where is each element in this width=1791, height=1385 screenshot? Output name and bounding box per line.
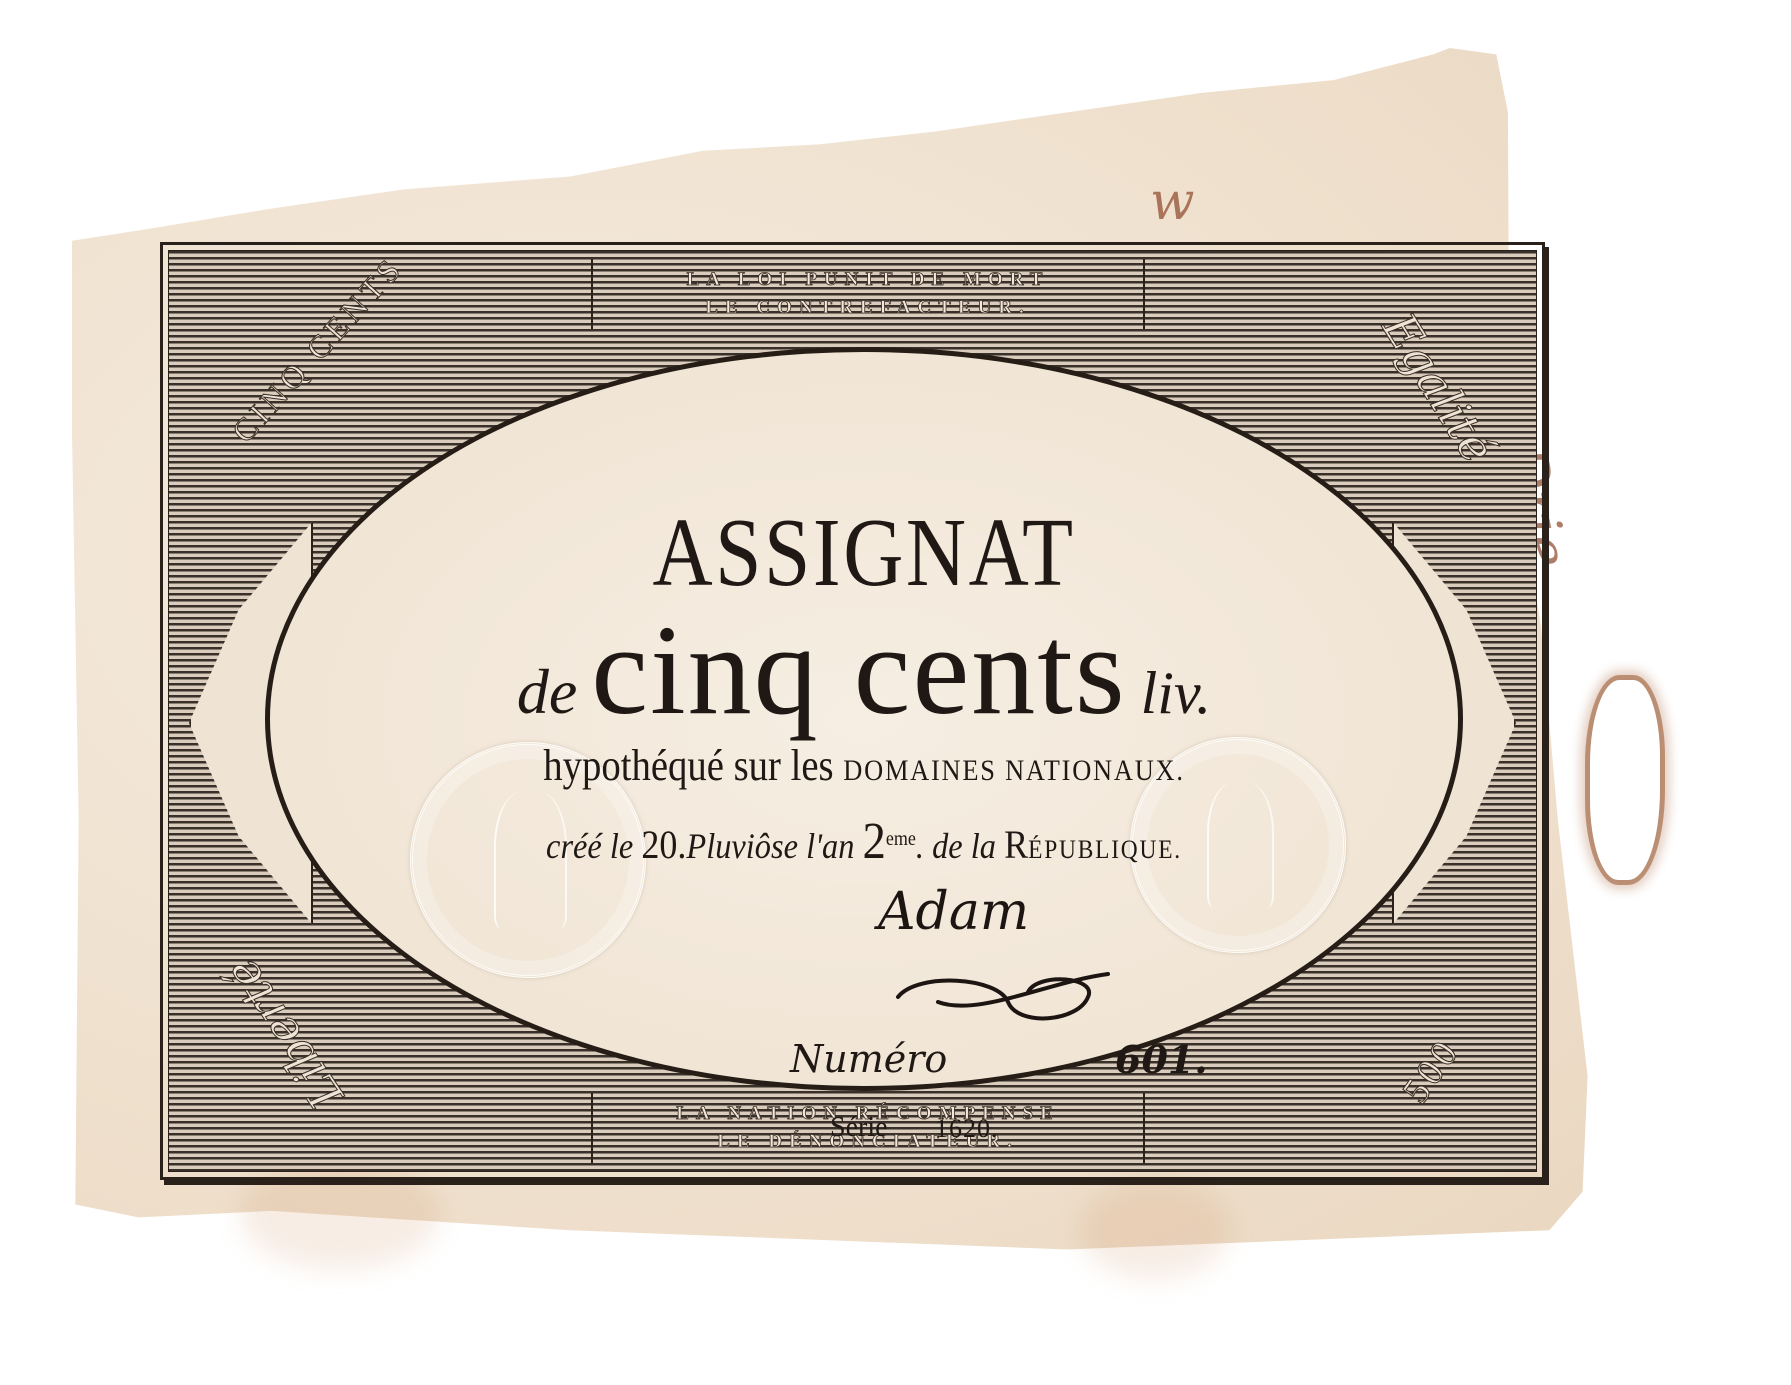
title: ASSIGNAT <box>359 497 1369 609</box>
burn-hole <box>1590 680 1660 880</box>
denomination-prefix: de <box>517 656 577 727</box>
serie-label: Série <box>830 1112 888 1144</box>
hypotheque-line: hypothéqué sur les DOMAINES NATIONAUX. <box>341 740 1386 791</box>
republique-initial: R <box>1004 822 1028 867</box>
corner-cinq-cents: CINQ CENTS <box>225 249 411 450</box>
central-oval: ASSIGNAT decinq centsliv. hypothéqué sur… <box>265 347 1463 1091</box>
denomination-amount: cinq cents <box>591 599 1126 741</box>
creation-day: 20. <box>641 822 686 867</box>
corner-500: 500 <box>1394 1030 1470 1112</box>
creation-month: Pluviôse <box>686 826 798 866</box>
banknote: LA LOI PUNIT DE MORT LE CONTREFACTEUR. L… <box>160 242 1545 1180</box>
ink-annotation-top: w <box>1150 172 1195 232</box>
creation-prefix: créé le <box>546 826 633 866</box>
stain <box>1080 1180 1230 1280</box>
republique-rest: ÉPUBLIQUE. <box>1028 835 1182 864</box>
corner-liberte: Liberté <box>214 949 354 1120</box>
creation-line: créé le 20.Pluviôse l'an 2eme. de la RÉP… <box>329 812 1398 871</box>
signature: Adam <box>878 882 1029 942</box>
creation-year-prefix: l'an <box>806 826 854 866</box>
corner-egalite: Egalité <box>1372 303 1506 472</box>
signature-flourish-icon <box>878 962 1118 1032</box>
hypotheque-text: hypothéqué sur les <box>543 741 833 790</box>
engraved-border: LA LOI PUNIT DE MORT LE CONTREFACTEUR. L… <box>168 250 1537 1172</box>
denomination: decinq centsliv. <box>270 597 1458 744</box>
creation-middle: . de la <box>916 826 996 866</box>
top-warning-line2: LE CONTREFACTEUR. <box>705 297 1031 319</box>
top-warning-line1: LA LOI PUNIT DE MORT <box>687 269 1050 291</box>
creation-year: 2 <box>863 813 886 870</box>
domaines-nationaux: DOMAINES NATIONAUX. <box>843 754 1184 787</box>
denomination-unit: liv. <box>1141 660 1212 726</box>
numero-label: Numéro <box>790 1037 947 1081</box>
creation-year-suffix: eme <box>886 828 916 850</box>
numero-value: 601. <box>1115 1037 1208 1082</box>
top-warning-panel: LA LOI PUNIT DE MORT LE CONTREFACTEUR. <box>591 259 1145 329</box>
serie-value: 1620. <box>935 1114 999 1144</box>
